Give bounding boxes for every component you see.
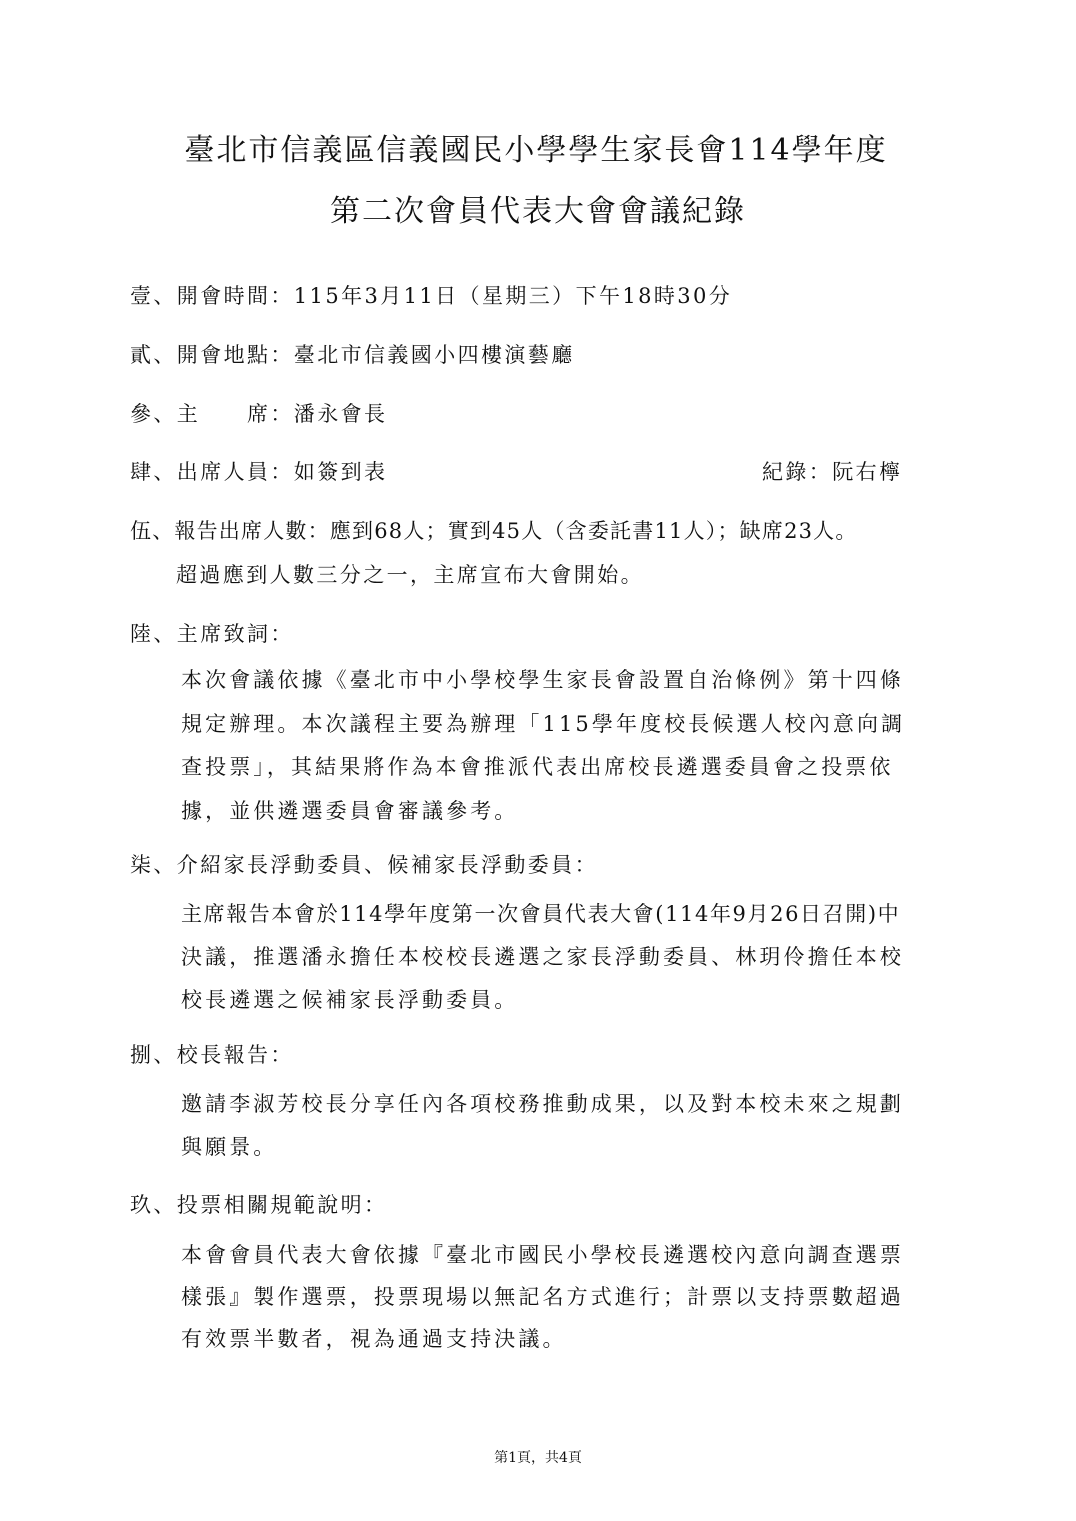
meeting-time: 壹、開會時間：115年3月11日（星期三）下午18時30分 <box>130 281 732 311</box>
principal-report-line: 與願景。 <box>181 1132 277 1162</box>
chair-speech-line: 據，並供遴選委員會審議參考。 <box>181 796 518 826</box>
committee-line: 主席報告本會於114學年度第一次會員代表大會(114年9月26日召開)中 <box>181 899 900 929</box>
chair-speech-heading: 陸、主席致詞： <box>130 619 294 649</box>
meeting-place: 貳、開會地點：臺北市信義國小四樓演藝廳 <box>130 340 575 370</box>
meeting-attendees: 肆、出席人員：如簽到表 <box>130 457 387 487</box>
page-number: 第1頁，共4頁 <box>0 1448 1076 1468</box>
voting-rules-line: 本會會員代表大會依據『臺北市國民小學校長遴選校內意向調查選票 <box>181 1240 904 1270</box>
principal-report-line: 邀請李淑芳校長分享任內各項校務推動成果，以及對本校未來之規劃 <box>181 1089 904 1119</box>
committee-line: 校長遴選之候補家長浮動委員。 <box>181 985 518 1015</box>
committee-line: 決議，推選潘永擔任本校校長遴選之家長浮動委員、林玥伶擔任本校 <box>181 942 904 972</box>
attendance-quorum: 超過應到人數三分之一，主席宣布大會開始。 <box>176 560 644 590</box>
meeting-chair: 參、主 席：潘永會長 <box>130 399 387 429</box>
principal-report-heading: 捌、校長報告： <box>130 1040 294 1070</box>
document-title-line-1: 臺北市信義區信義國民小學學生家長會114學年度 <box>0 131 1074 171</box>
voting-rules-line: 樣張』製作選票，投票現場以無記名方式進行；計票以支持票數超過 <box>181 1282 904 1312</box>
voting-rules-line: 有效票半數者，視為通過支持決議。 <box>181 1324 567 1354</box>
voting-rules-heading: 玖、投票相關規範說明： <box>130 1190 387 1220</box>
meeting-recorder: 紀錄：阮右檸 <box>762 457 902 487</box>
chair-speech-line: 規定辦理。本次議程主要為辦理「115學年度校長候選人校內意向調 <box>181 709 905 739</box>
document-title-line-2: 第二次會員代表大會會議紀錄 <box>0 192 1076 232</box>
committee-heading: 柒、介紹家長浮動委員、候補家長浮動委員： <box>130 850 598 880</box>
chair-speech-line: 查投票」，其結果將作為本會推派代表出席校長遴選委員會之投票依 <box>181 752 894 782</box>
chair-speech-line: 本次會議依據《臺北市中小學校學生家長會設置自治條例》第十四條 <box>181 665 904 695</box>
attendance-report: 伍、報告出席人數：應到68人；實到45人（含委託書11人）；缺席23人。 <box>130 516 858 546</box>
